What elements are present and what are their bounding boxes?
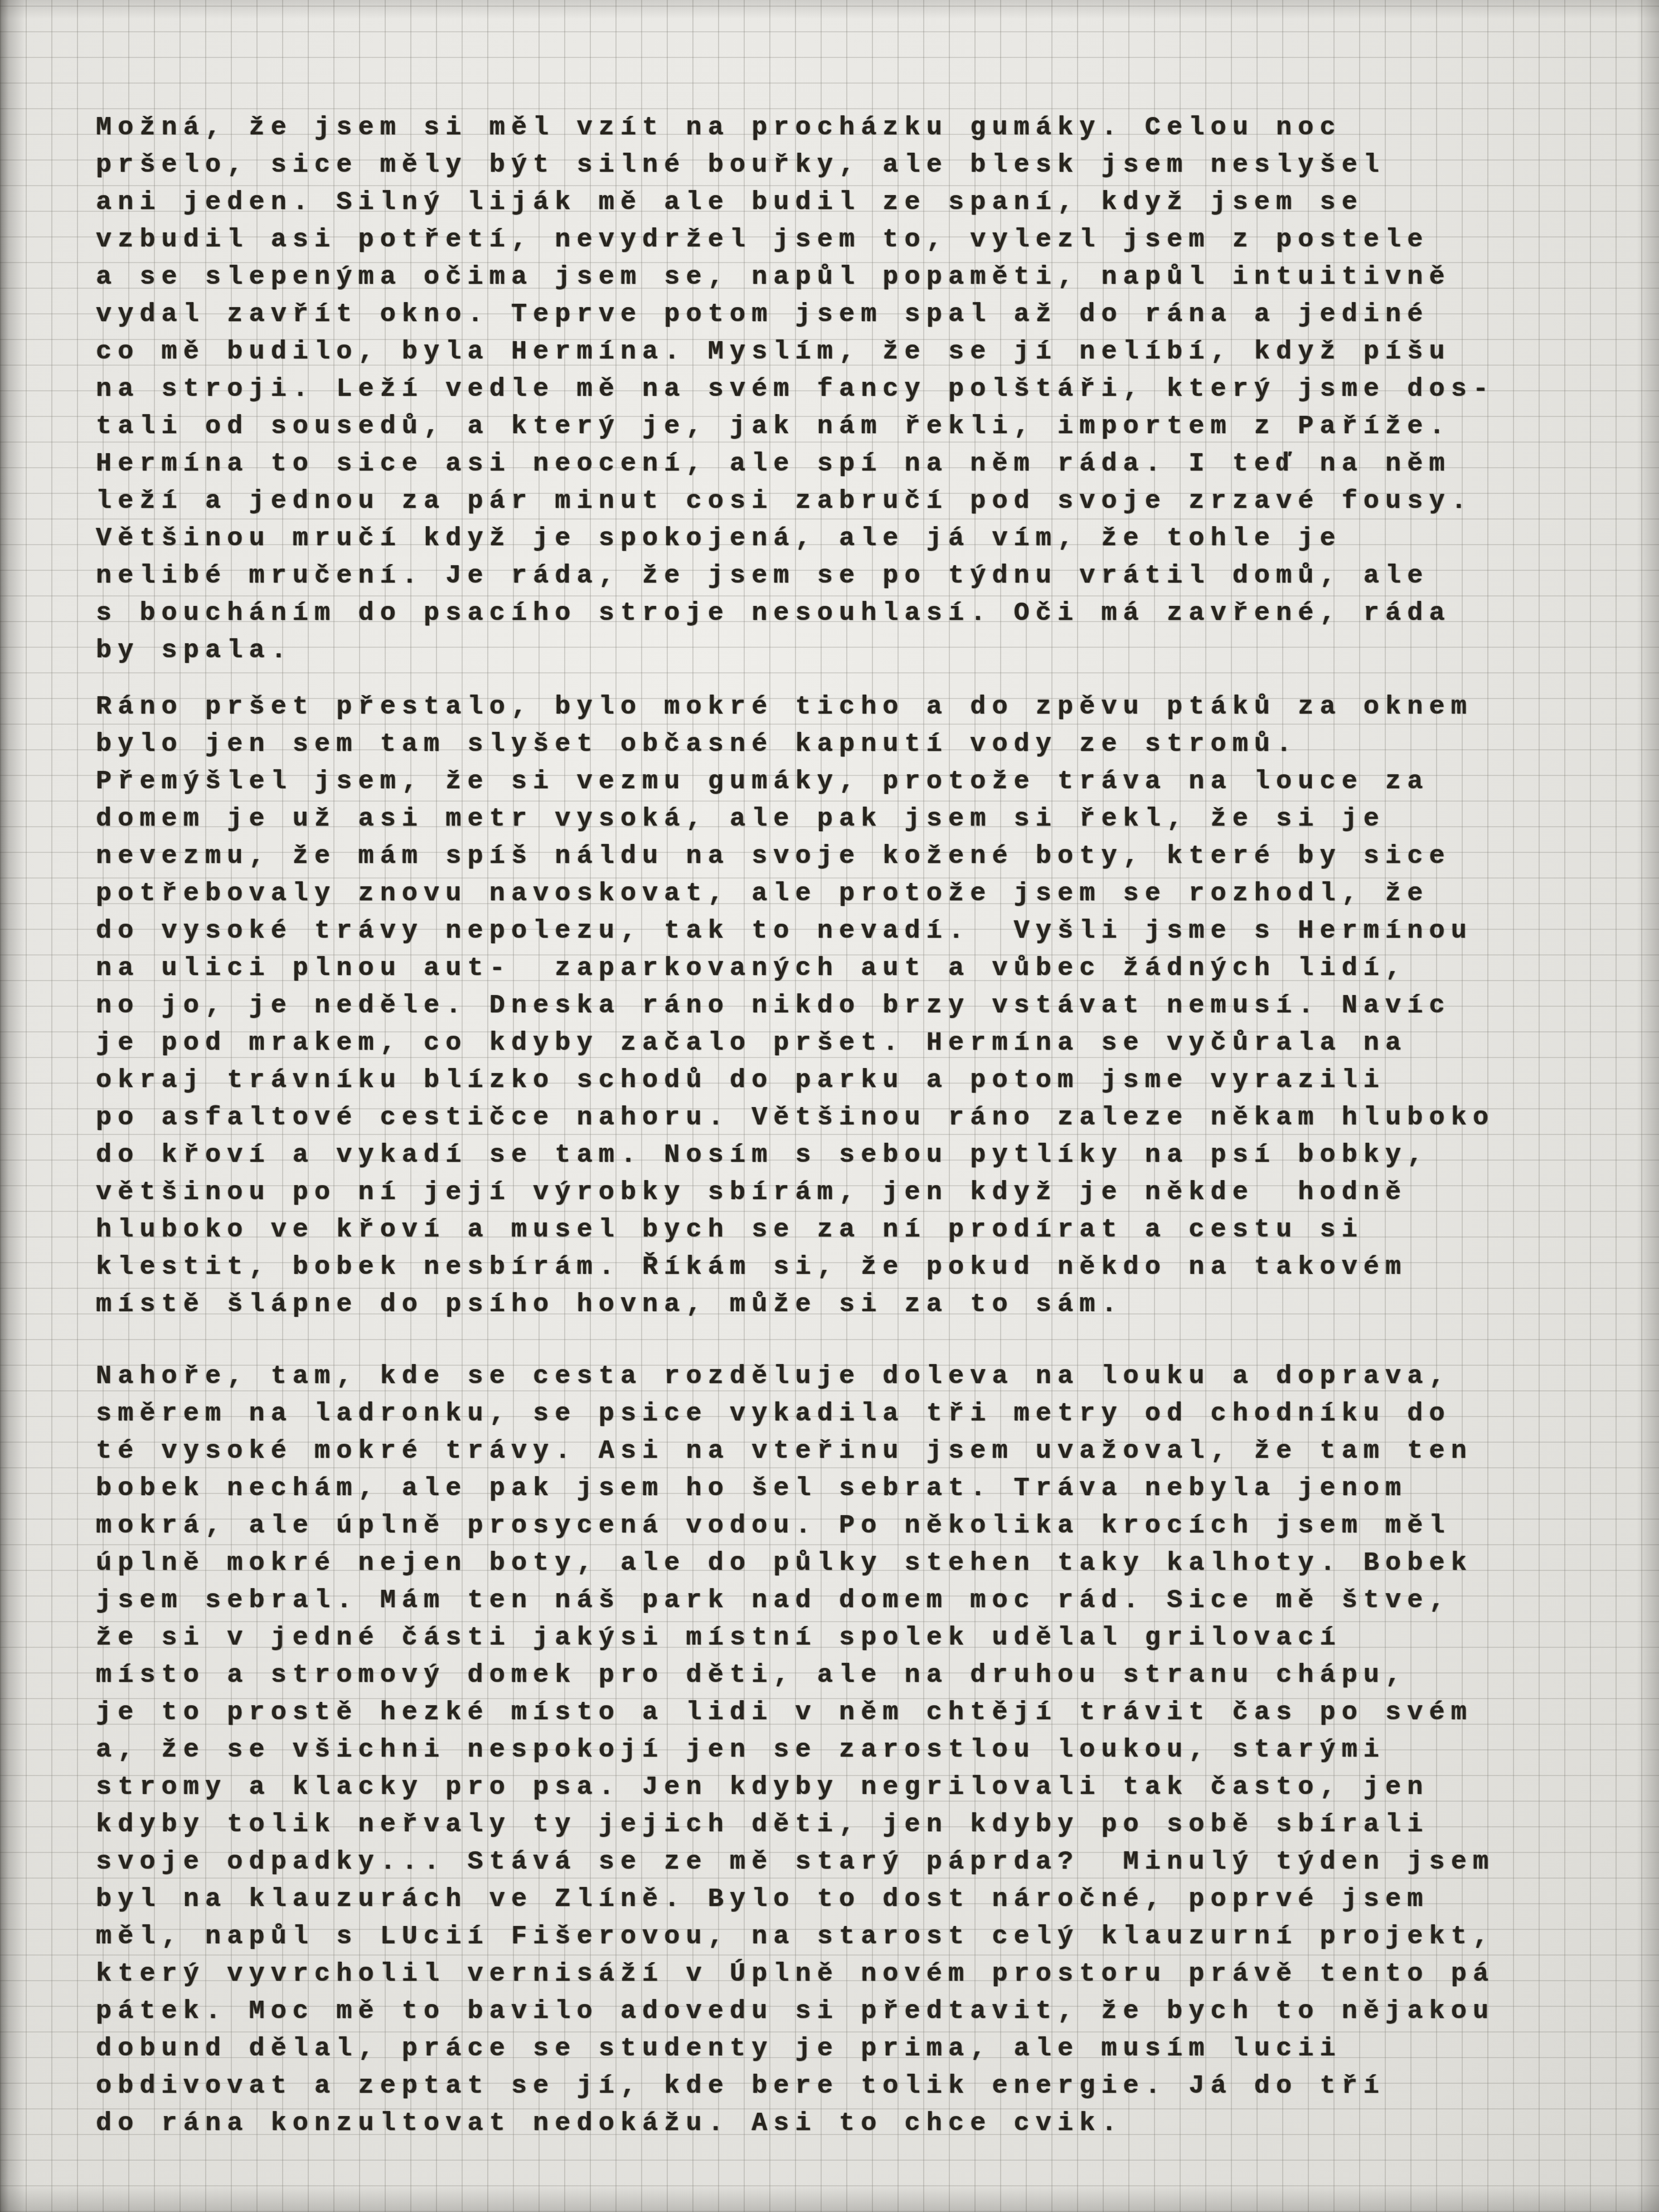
paragraph: Nahoře, tam, kde se cesta rozděluje dole… xyxy=(96,1358,1626,2142)
typewritten-line: dobund dělal, práce se studenty je prima… xyxy=(96,2030,1626,2068)
typewritten-line: na ulici plnou aut- zaparkovaných aut a … xyxy=(96,950,1626,987)
typewritten-line: bylo jen sem tam slyšet občasné kapnutí … xyxy=(96,726,1626,763)
typewritten-line: co mě budilo, byla Hermína. Myslím, že s… xyxy=(96,333,1626,371)
typewritten-line: do křoví a vykadí se tam. Nosím s sebou … xyxy=(96,1137,1626,1174)
typewritten-line: vzbudil asi potřetí, nevydržel jsem to, … xyxy=(96,221,1626,259)
typewritten-line: pršelo, sice měly být silné bouřky, ale … xyxy=(96,147,1626,184)
typewritten-line: tali od sousedů, a který je, jak nám řek… xyxy=(96,408,1626,445)
typewritten-line: je to prostě hezké místo a lidi v něm ch… xyxy=(96,1694,1626,1731)
typewritten-line: místo a stromový domek pro děti, ale na … xyxy=(96,1657,1626,1694)
typewritten-line: té vysoké mokré trávy. Asi na vteřinu js… xyxy=(96,1433,1626,1470)
typewritten-line: Ráno pršet přestalo, bylo mokré ticho a … xyxy=(96,688,1626,726)
typewritten-line: Přemýšlel jsem, že si vezmu gumáky, prot… xyxy=(96,763,1626,801)
typewritten-line: Hermína to sice asi neocení, ale spí na … xyxy=(96,445,1626,483)
typewritten-line: klestit, bobek nesbírám. Říkám si, že po… xyxy=(96,1249,1626,1286)
typewritten-line: je pod mrakem, co kdyby začalo pršet. He… xyxy=(96,1025,1626,1062)
typewritten-line: domem je už asi metr vysoká, ale pak jse… xyxy=(96,801,1626,838)
typewritten-line: s boucháním do psacího stroje nesouhlasí… xyxy=(96,595,1626,632)
typewritten-line: Většinou mručí když je spokojená, ale já… xyxy=(96,520,1626,557)
typewritten-line: po asfaltové cestičce nahoru. Většinou r… xyxy=(96,1099,1626,1137)
paragraph: Ráno pršet přestalo, bylo mokré ticho a … xyxy=(96,688,1626,1323)
typewritten-line: že si v jedné části jakýsi místní spolek… xyxy=(96,1619,1626,1657)
typewritten-line: většinou po ní její výrobky sbírám, jen … xyxy=(96,1174,1626,1211)
typewritten-line: Možná, že jsem si měl vzít na procházku … xyxy=(96,109,1626,147)
typewritten-line: vydal zavřít okno. Teprve potom jsem spa… xyxy=(96,296,1626,333)
typewritten-line: svoje odpadky... Stává se ze mě starý pá… xyxy=(96,1844,1626,1881)
typewritten-line: místě šlápne do psího hovna, může si za … xyxy=(96,1286,1626,1323)
typewritten-line: nevezmu, že mám spíš náldu na svoje kože… xyxy=(96,838,1626,875)
typewritten-line: Nahoře, tam, kde se cesta rozděluje dole… xyxy=(96,1358,1626,1395)
typewritten-line: úplně mokré nejen boty, ale do půlky ste… xyxy=(96,1545,1626,1582)
typewritten-line: potřebovaly znovu navoskovat, ale protož… xyxy=(96,875,1626,913)
typewritten-line: okraj trávníku blízko schodů do parku a … xyxy=(96,1062,1626,1099)
typewritten-line: na stroji. Leží vedle mě na svém fancy p… xyxy=(96,371,1626,408)
typewritten-line: mokrá, ale úplně prosycená vodou. Po něk… xyxy=(96,1507,1626,1545)
typewritten-line: který vyvrcholil vernisáží v Úplně novém… xyxy=(96,1956,1626,1993)
typewritten-line: do rána konzultovat nedokážu. Asi to chc… xyxy=(96,2105,1626,2142)
typewritten-line: měl, napůl s LUcií Fišerovou, na starost… xyxy=(96,1918,1626,1956)
typewritten-line: obdivovat a zeptat se jí, kde bere tolik… xyxy=(96,2068,1626,2105)
typewritten-line: bobek nechám, ale pak jsem ho šel sebrat… xyxy=(96,1470,1626,1507)
typewritten-line: stromy a klacky pro psa. Jen kdyby negri… xyxy=(96,1769,1626,1806)
typewritten-line: byl na klauzurách ve Zlíně. Bylo to dost… xyxy=(96,1881,1626,1918)
typewritten-line: a, že se všichni nespokojí jen se zarost… xyxy=(96,1731,1626,1769)
typewritten-line: a se slepenýma očima jsem se, napůl popa… xyxy=(96,259,1626,296)
typewritten-page: Možná, že jsem si měl vzít na procházku … xyxy=(0,0,1659,2212)
typewritten-line: kdyby tolik neřvaly ty jejich děti, jen … xyxy=(96,1806,1626,1844)
typewritten-line: pátek. Moc mě to bavilo adovedu si předt… xyxy=(96,1993,1626,2030)
typewritten-line: nelibé mručení. Je ráda, že jsem se po t… xyxy=(96,557,1626,595)
typewritten-line: no jo, je neděle. Dneska ráno nikdo brzy… xyxy=(96,987,1626,1025)
typewritten-line: do vysoké trávy nepolezu, tak to nevadí.… xyxy=(96,913,1626,950)
typewritten-line: hluboko ve křoví a musel bych se za ní p… xyxy=(96,1211,1626,1249)
paragraph: Možná, že jsem si měl vzít na procházku … xyxy=(96,109,1626,670)
typewritten-line: ani jeden. Silný liják mě ale budil ze s… xyxy=(96,184,1626,221)
typewritten-line: směrem na ladronku, se psice vykadila tř… xyxy=(96,1395,1626,1433)
typewritten-line: by spala. xyxy=(96,632,1626,670)
typewritten-line: jsem sebral. Mám ten náš park nad domem … xyxy=(96,1582,1626,1619)
text-block: Možná, že jsem si měl vzít na procházku … xyxy=(96,109,1626,2142)
typewritten-line: leží a jednou za pár minut cosi zabručí … xyxy=(96,483,1626,520)
